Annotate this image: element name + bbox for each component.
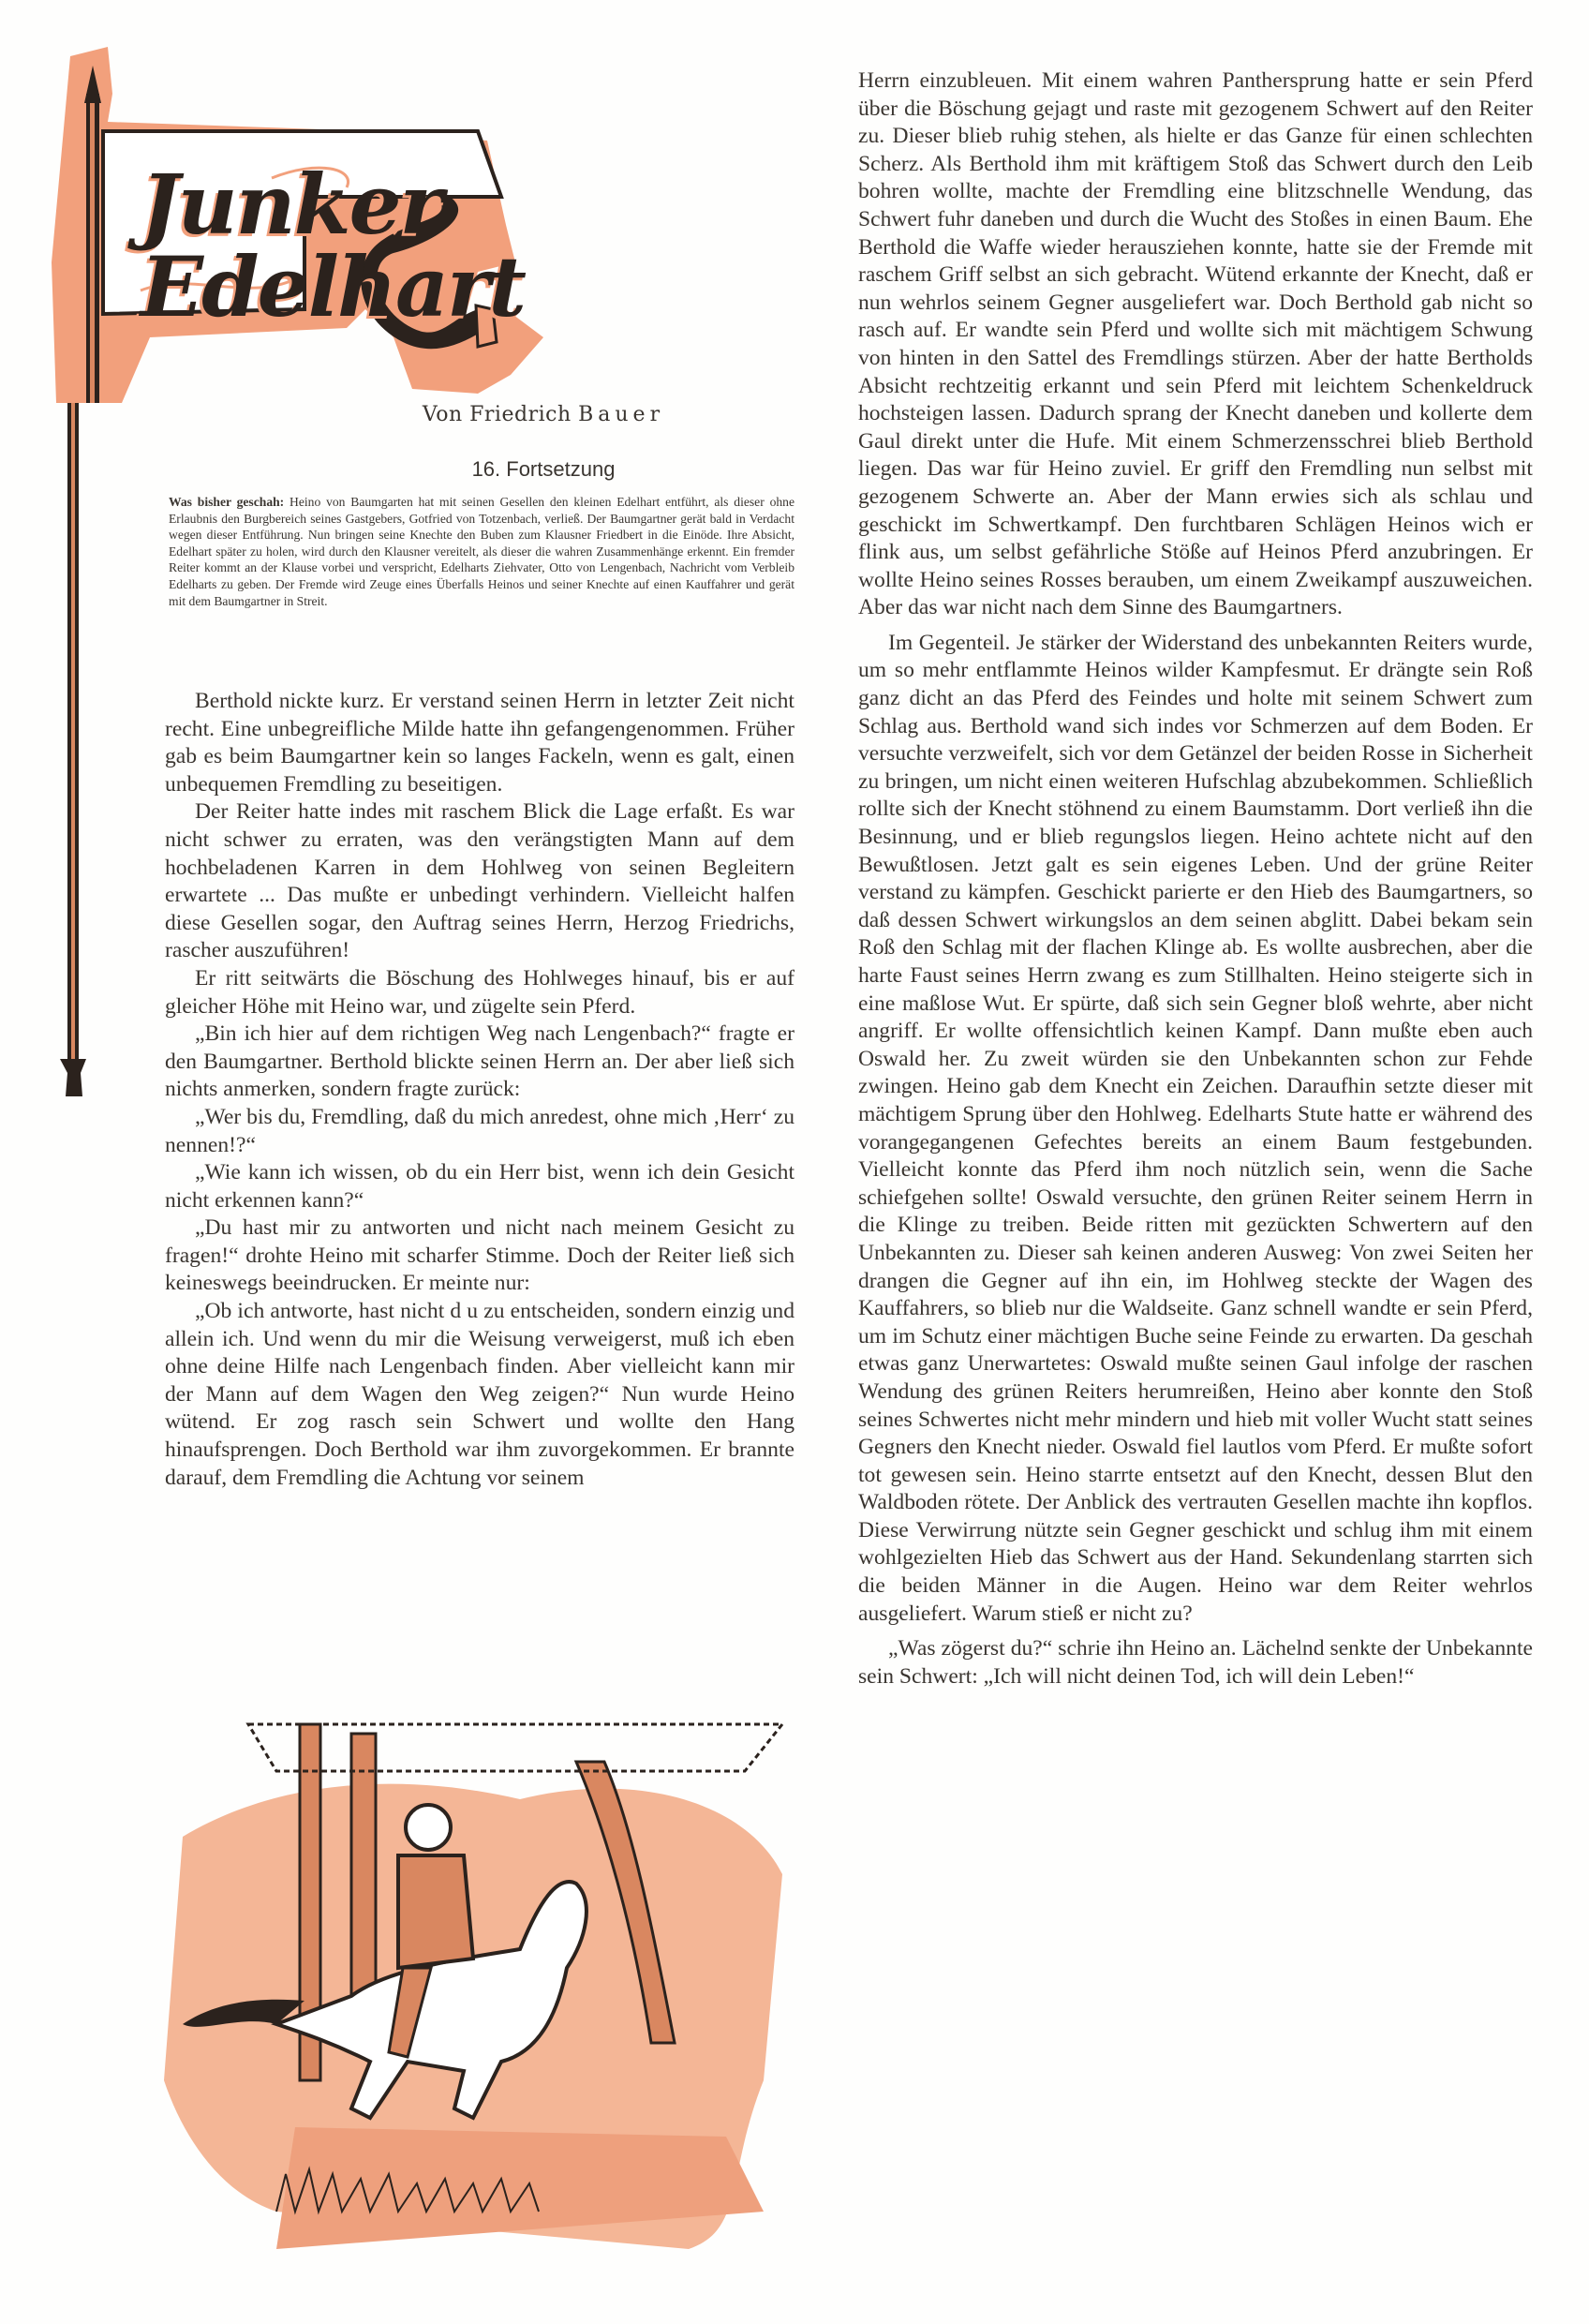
paragraph: „Wer bis du, Fremdling, daß du mich anre… (165, 1104, 794, 1159)
magazine-page: Junker Edelhart Von Friedrich Bauer 16. … (0, 0, 1589, 2324)
paragraph: „Wie kann ich wissen, ob du ein Herr bis… (165, 1159, 794, 1214)
paragraph: Herrn einzubleuen. Mit einem wahren Pant… (858, 67, 1533, 622)
story-summary: Was bisher geschah: Heino von Baumgarten… (169, 494, 794, 609)
title-line-2: Edelhart (141, 242, 506, 332)
paragraph: Berthold nickte kurz. Er verstand seinen… (165, 688, 794, 798)
paragraph: Er ritt seitwärts die Böschung des Hohlw… (165, 965, 794, 1020)
title-line-1: Junker (141, 159, 506, 249)
summary-text: Heino von Baumgarten hat mit seinen Gese… (169, 495, 794, 608)
left-column: Berthold nickte kurz. Er verstand seinen… (165, 688, 794, 1492)
paragraph: „Bin ich hier auf dem richtigen Weg nach… (165, 1020, 794, 1104)
flag-pole-icon (60, 403, 86, 1115)
right-column: Herrn einzubleuen. Mit einem wahren Pant… (858, 67, 1533, 1691)
paragraph: Der Reiter hatte indes mit raschem Blick… (165, 798, 794, 965)
paragraph: Im Gegenteil. Je stärker der Widerstand … (858, 630, 1533, 1628)
paragraph: „Ob ich antworte, hast nicht d u zu ents… (165, 1298, 794, 1492)
summary-label: Was bisher geschah: (169, 495, 284, 509)
story-title: Junker Edelhart (141, 159, 506, 332)
paragraph: „Du hast mir zu antworten und nicht nach… (165, 1214, 794, 1298)
byline-author: Bauer (578, 403, 664, 426)
installment-label: 16. Fortsetzung (281, 457, 806, 482)
knight-illustration-icon (164, 1687, 810, 2268)
paragraph: „Was zögerst du?“ schrie ihn Heino an. L… (858, 1635, 1533, 1691)
byline-prefix: Von Friedrich (423, 403, 578, 426)
title-banner: Junker Edelhart (37, 28, 796, 403)
byline: Von Friedrich Bauer (281, 403, 806, 426)
